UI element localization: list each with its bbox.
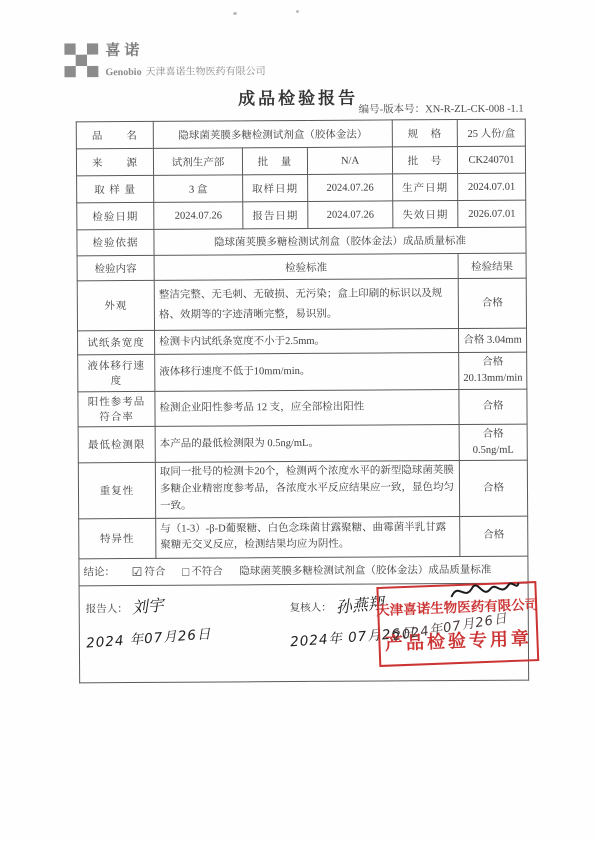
test-row-specificity: 特异性 与（1-3）-β-D葡聚糖、白色念珠菌甘露聚糖、曲霉菌半乳甘露聚糖无交叉… (79, 516, 528, 559)
reporter-date: 2024 年07月26日 (85, 622, 212, 651)
basis-value: 隐球菌荚膜多糖检测试剂盒（胶体金法）成品质量标准 (154, 227, 526, 255)
test-name: 液体移行速度 (78, 355, 155, 392)
tests-header-row: 检验内容 检验标准 检验结果 (77, 253, 526, 281)
tests-header-standard: 检验标准 (154, 254, 458, 281)
inspection-stamp: 天津喜诺生物医药有限公司 产品检验专用章 2024年07月26日 (376, 581, 539, 667)
checkbox-checked-icon: ☑ (132, 565, 143, 579)
brand-subline: Genobio天津喜诺生物医药有限公司 (105, 62, 265, 78)
row-dates: 检验日期 2024.07.26 报告日期 2024.07.26 失效日期 202… (77, 200, 526, 230)
test-date-value: 2024.07.26 (154, 202, 243, 230)
test-standard: 本产品的最低检测限为 0.5ng/mL。 (155, 424, 459, 462)
conclusion-pass: ☑符合 (132, 567, 166, 578)
test-row-appearance: 外观 整洁完整、无毛刺、无破损、无污染；盒上印刷的标识以及规格、效期等的字迹清晰… (77, 278, 526, 331)
test-standard: 与（1-3）-β-D葡聚糖、白色念珠菌甘露聚糖、曲霉菌半乳甘露聚糖无交叉反应，检… (156, 516, 460, 558)
batch-qty-label: 批 量 (242, 147, 307, 174)
mfg-date-value: 2024.07.01 (458, 173, 526, 200)
scanned-report-page: 喜诺 Genobio天津喜诺生物医药有限公司 成品检验报告 编号-版本号：XN-… (0, 0, 595, 841)
company-logo-icon (64, 43, 98, 77)
row-source: 来 源 试剂生产部 批 量 N/A 批 号 CK240701 (76, 146, 525, 176)
tests-header-content: 检验内容 (77, 255, 154, 280)
row-basis: 检验依据 隐球菌荚膜多糖检测试剂盒（胶体金法）成品质量标准 (77, 227, 526, 256)
sample-date-label: 取样日期 (243, 174, 308, 201)
report-date-value: 2024.07.26 (308, 201, 393, 229)
test-row-positive-reference: 阳性参考品符合率 检测企业阳性参考品 12 支，应全部检出阳性 合格 (78, 389, 527, 427)
row-product: 品 名 隐球菌荚膜多糖检测试剂盒（胶体金法） 规 格 25 人份/盒 (76, 119, 525, 149)
brand-en: Genobio (105, 66, 141, 77)
test-standard: 检测企业阳性参考品 12 支，应全部检出阳性 (155, 389, 459, 426)
stamp-signature-scribble-icon (448, 575, 521, 606)
reporter-signature: 刘宇 (131, 592, 165, 618)
sample-qty-value: 3 盒 (154, 175, 243, 203)
doc-number: 编号-版本号：XN-R-ZL-CK-008 -1.1 (1, 101, 524, 119)
mfg-date-label: 生产日期 (393, 174, 458, 201)
test-standard: 液体移行速度不低于10mm/min。 (155, 353, 459, 391)
sample-qty-label: 取 样 量 (77, 175, 154, 202)
batch-no-value: CK240701 (457, 146, 525, 173)
signature-row: 报告人：刘宇 2024 年07月26日 复核人：孙燕翔 2024年 07月26日… (79, 583, 529, 683)
test-name: 最低检测限 (78, 426, 155, 463)
brand-company: 天津喜诺生物医药有限公司 (146, 66, 266, 78)
test-name: 重复性 (78, 463, 155, 519)
test-row-migration-speed: 液体移行速度 液体移行速度不低于10mm/min。 合格 20.13mm/min (78, 353, 527, 392)
batch-qty-value: N/A (307, 147, 392, 175)
brand-name: 喜诺 (105, 42, 265, 59)
source-label: 来 源 (76, 148, 153, 175)
test-name: 试纸条宽度 (78, 330, 155, 355)
test-standard: 取同一批号的检测卡20个，检测两个浓度水平的新型隐球菌荚膜多糖企业精密度参考品，… (155, 461, 459, 518)
test-row-repeatability: 重复性 取同一批号的检测卡20个，检测两个浓度水平的新型隐球菌荚膜多糖企业精密度… (78, 461, 527, 519)
expiry-date-value: 2026.07.01 (458, 200, 526, 227)
conclusion-pass-label: 符合 (144, 567, 165, 578)
test-result: 合格 (460, 516, 528, 556)
tests-header-result: 检验结果 (458, 253, 526, 278)
test-row-strip-width: 试纸条宽度 检测卡内试纸条宽度不小于2.5mm。 合格 3.04mm (78, 328, 527, 355)
report-table: 品 名 隐球菌荚膜多糖检测试剂盒（胶体金法） 规 格 25 人份/盒 来 源 试… (76, 119, 529, 684)
conclusion-fail: □不符合 (182, 567, 223, 578)
test-name: 外观 (77, 280, 154, 330)
checkbox-unchecked-icon: □ (182, 565, 189, 579)
test-row-detection-limit: 最低检测限 本产品的最低检测限为 0.5ng/mL。 合格 0.5ng/mL (78, 424, 527, 463)
product-label: 品 名 (76, 121, 153, 148)
test-standard: 整洁完整、无毛刺、无破损、无污染；盒上印刷的标识以及规格、效期等的字迹清晰完整，… (154, 279, 458, 331)
row-sampling: 取 样 量 3 盒 取样日期 2024.07.26 生产日期 2024.07.0… (77, 173, 526, 203)
conclusion-statement: 隐球菌荚膜多糖检测试剂盒（胶体金法）成品质量标准 (239, 565, 491, 578)
report-content: 喜诺 Genobio天津喜诺生物医药有限公司 成品检验报告 编号-版本号：XN-… (0, 0, 595, 2)
spec-value: 25 人份/盒 (457, 119, 525, 146)
test-result: 合格 3.04mm (459, 328, 527, 353)
conclusion-label: 结论： (83, 567, 115, 578)
expiry-date-label: 失效日期 (393, 201, 458, 228)
batch-no-label: 批 号 (392, 147, 457, 174)
scan-noise-speck (233, 12, 237, 15)
reporter-label: 报告人： (86, 604, 128, 615)
signature-cell: 报告人：刘宇 2024 年07月26日 复核人：孙燕翔 2024年 07月26日… (79, 583, 529, 683)
test-result: 合格 (459, 389, 527, 424)
reviewer-label: 复核人： (290, 603, 332, 614)
scan-noise-speck (296, 10, 299, 13)
spec-label: 规 格 (392, 120, 457, 147)
sample-date-value: 2024.07.26 (308, 174, 393, 202)
test-name: 特异性 (79, 518, 156, 558)
report-date-label: 报告日期 (243, 201, 308, 228)
basis-label: 检验依据 (77, 229, 154, 255)
reporter-block: 报告人：刘宇 2024 年07月26日 (86, 593, 212, 647)
conclusion-fail-label: 不符合 (191, 567, 223, 578)
company-logo: 喜诺 Genobio天津喜诺生物医药有限公司 (64, 42, 265, 78)
product-value: 隐球菌荚膜多糖检测试剂盒（胶体金法） (153, 120, 392, 148)
test-result: 合格 (458, 278, 526, 328)
test-result: 合格 0.5ng/mL (459, 424, 527, 461)
test-standard: 检测卡内试纸条宽度不小于2.5mm。 (155, 329, 459, 355)
test-result: 合格 (459, 461, 527, 517)
test-name: 阳性参考品符合率 (78, 391, 155, 426)
logo-text: 喜诺 Genobio天津喜诺生物医药有限公司 (105, 42, 265, 77)
source-value: 试剂生产部 (153, 148, 242, 176)
test-result: 合格 20.13mm/min (459, 353, 527, 390)
test-date-label: 检验日期 (77, 202, 154, 229)
